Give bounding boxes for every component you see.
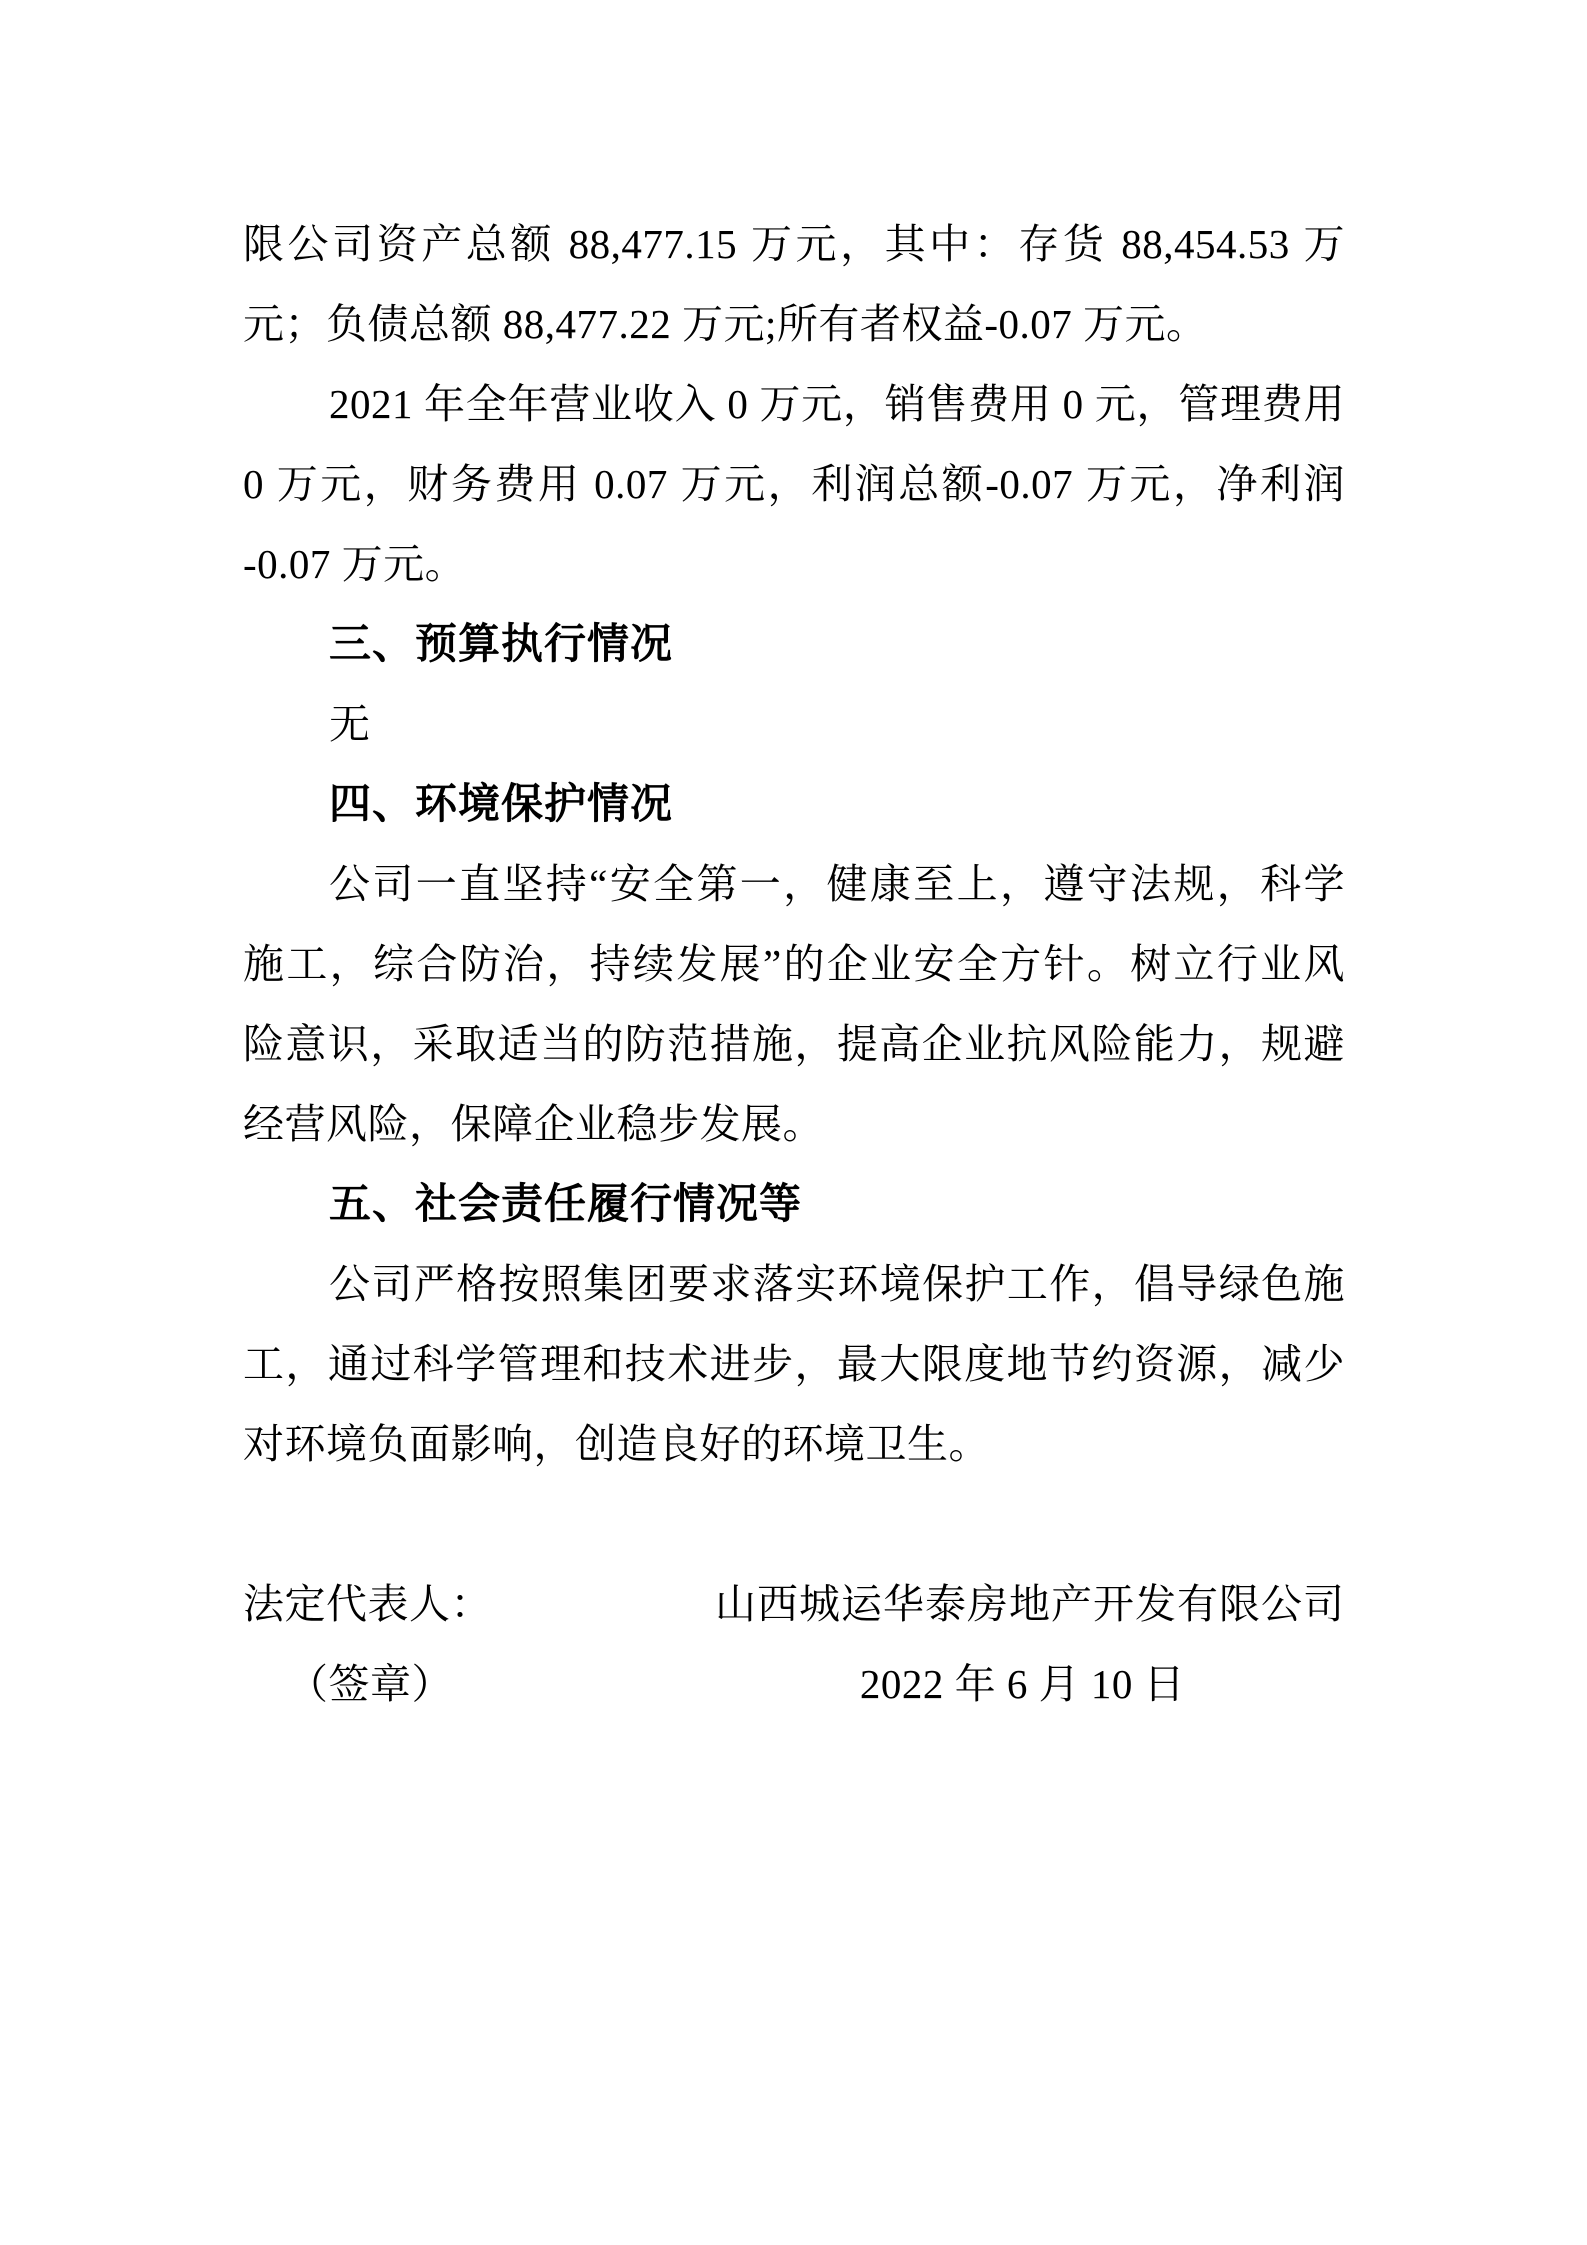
section-heading: 四、环境保护情况 bbox=[243, 764, 1345, 844]
body-text-line: 0 万元，财务费用 0.07 万元，利润总额-0.07 万元，净利润 bbox=[243, 444, 1345, 524]
body-text-line: -0.07 万元。 bbox=[243, 524, 1345, 604]
text-lines: 限公司资产总额 88,477.15 万元，其中：存货 88,454.53 万元；… bbox=[243, 204, 1345, 1564]
body-text-line: 公司严格按照集团要求落实环境保护工作，倡导绿色施 bbox=[243, 1244, 1345, 1324]
signature-date: 2022 年 6 月 10 日 bbox=[700, 1644, 1345, 1724]
document-page: 限公司资产总额 88,477.15 万元，其中：存货 88,454.53 万元；… bbox=[0, 0, 1587, 2245]
seal-label: （签章） bbox=[243, 1644, 453, 1724]
legal-representative-label: 法定代表人： bbox=[243, 1564, 492, 1644]
body-text-line: 无 bbox=[243, 684, 1345, 764]
body-text-line: 对环境负面影响，创造良好的环境卫生。 bbox=[243, 1404, 1345, 1484]
body-text-line: 险意识，采取适当的防范措施，提高企业抗风险能力，规避 bbox=[243, 1004, 1345, 1084]
company-name: 山西城运华泰房地产开发有限公司 bbox=[700, 1564, 1345, 1644]
body-text-line: 元；负债总额 88,477.22 万元;所有者权益-0.07 万元。 bbox=[243, 284, 1345, 364]
section-heading: 五、社会责任履行情况等 bbox=[243, 1164, 1345, 1244]
body-text-line: 施工，综合防治，持续发展”的企业安全方针。树立行业风 bbox=[243, 924, 1345, 1004]
body-text-line: 工，通过科学管理和技术进步，最大限度地节约资源，减少 bbox=[243, 1324, 1345, 1404]
blank-line bbox=[243, 1484, 1345, 1564]
signature-row-legal-representative: 法定代表人： 山西城运华泰房地产开发有限公司 bbox=[243, 1564, 1345, 1644]
section-heading: 三、预算执行情况 bbox=[243, 604, 1345, 684]
body-text-line: 公司一直坚持“安全第一，健康至上，遵守法规，科学 bbox=[243, 844, 1345, 924]
signature-row-seal-date: （签章） 2022 年 6 月 10 日 bbox=[243, 1644, 1345, 1724]
body-text-line: 经营风险，保障企业稳步发展。 bbox=[243, 1084, 1345, 1164]
body-text-line: 2021 年全年营业收入 0 万元，销售费用 0 元，管理费用 bbox=[243, 364, 1345, 444]
document-body: 限公司资产总额 88,477.15 万元，其中：存货 88,454.53 万元；… bbox=[243, 204, 1345, 1724]
body-text-line: 限公司资产总额 88,477.15 万元，其中：存货 88,454.53 万 bbox=[243, 204, 1345, 284]
